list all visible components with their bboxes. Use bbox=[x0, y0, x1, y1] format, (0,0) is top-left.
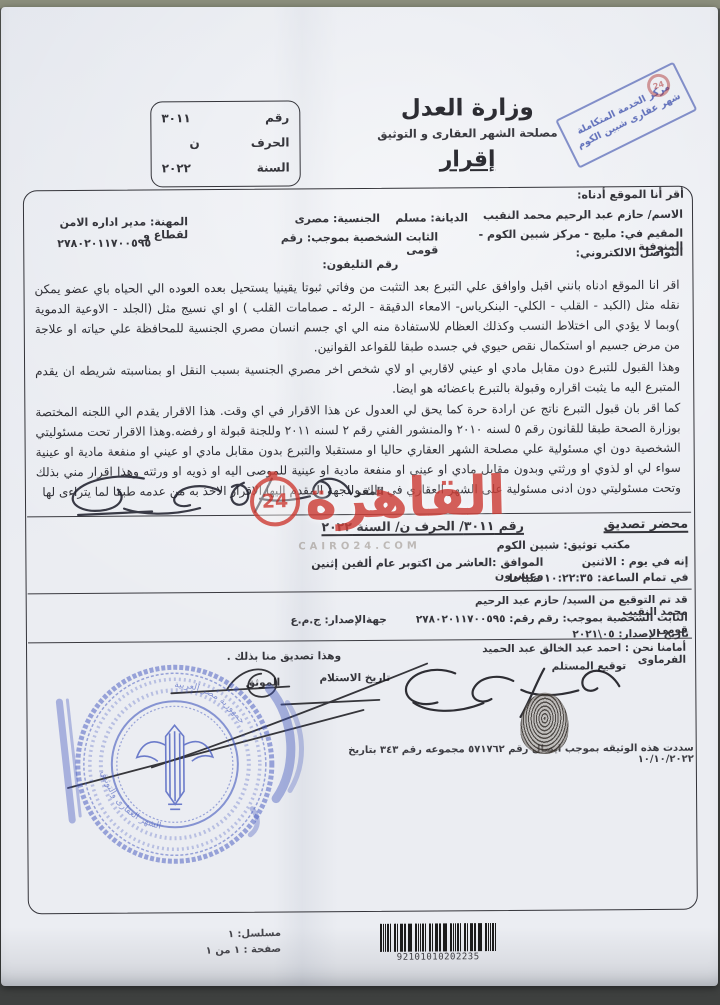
declarant-religion: الديانة: مسلم bbox=[388, 211, 468, 225]
ref-letter-row: الحرف ن bbox=[161, 135, 289, 150]
corner-stamp: مركز الخدمة المتكاملة شهر عقارى شبين الك… bbox=[555, 62, 697, 169]
document-content: رقم ٣٠١١ الحرف ن السنة ٢٠٢٢ وزارة العدل … bbox=[0, 0, 720, 1005]
attestation-title: محضر تصديق bbox=[596, 517, 688, 533]
declarant-intro: أقر أنا الموقع أدناه: bbox=[498, 188, 684, 202]
document-title: إقرار bbox=[393, 147, 543, 173]
ref-year-label: السنة bbox=[257, 160, 290, 174]
stamp-ink-marks bbox=[41, 668, 312, 840]
verification-id-number: رقم: ٢٧٨٠٢٠١١٧٠٠٥٩٥ bbox=[416, 612, 576, 625]
ref-year-row: السنة ٢٠٢٢ bbox=[162, 160, 290, 175]
page-number: صفحة : ١ من ١ bbox=[199, 944, 281, 957]
serial-number: مسلسل: ١ bbox=[203, 928, 281, 941]
declarant-id-by: الثابت الشخصية بموجب: رقم قومى bbox=[268, 230, 438, 257]
declarant-national-id: ٢٧٨٠٢٠١١٧٠٠٥٩٥ bbox=[36, 236, 151, 250]
declarant-phone: رقم التليفون: bbox=[303, 258, 398, 272]
watermark-site: CAIRO24.COM bbox=[298, 541, 421, 553]
cairo24-watermark: 24 القاهرة bbox=[249, 469, 506, 529]
declarant-nationality: الجنسية: مصرى bbox=[290, 212, 380, 226]
declarant-email: التواصل الالكتروني: bbox=[573, 246, 683, 260]
ref-letter-value: ن bbox=[189, 136, 199, 150]
ref-number-value: ٣٠١١ bbox=[161, 111, 190, 125]
reference-box: رقم ٣٠١١ الحرف ن السنة ٢٠٢٢ bbox=[150, 100, 301, 187]
body-paragraph-1: اقر انا الموقع ادناه بانني اقبل واوافق ع… bbox=[34, 276, 680, 360]
ref-letter-label: الحرف bbox=[251, 135, 290, 149]
attestation-time: في تمام الساعة: ١٠:٢٢:٣٥ صباحا bbox=[489, 571, 689, 585]
ref-year-value: ٢٠٢٢ bbox=[162, 161, 191, 175]
ref-number-label: رقم bbox=[265, 110, 289, 124]
watermark-24-icon: 24 bbox=[249, 476, 300, 527]
body-paragraph-2: وهذا القبول للتبرع دون مقابل مادي او عين… bbox=[35, 357, 680, 401]
ministry-title: وزارة العدل bbox=[367, 95, 567, 122]
ref-number-row: رقم ٣٠١١ bbox=[161, 110, 289, 125]
barcode bbox=[380, 923, 496, 952]
attestation-office: مكتب توثيق: شبين الكوم bbox=[470, 538, 630, 552]
declarant-name: الاسم/ حازم عبد الرحيم محمد النقيب bbox=[458, 208, 683, 223]
watermark-number: 24 bbox=[262, 490, 289, 513]
attestation-day: إنه في يوم : الاثنين bbox=[540, 555, 688, 569]
watermark-brand: القاهرة bbox=[304, 469, 506, 528]
verification-issuer: جهةالإصدار: ج.م.ع bbox=[269, 614, 387, 627]
mini-watermark-number: 24 bbox=[652, 79, 665, 91]
barcode-number: 92101010202235 bbox=[380, 952, 496, 963]
authority-subtitle: مصلحة الشهر العقارى و التوثيق bbox=[352, 125, 582, 141]
